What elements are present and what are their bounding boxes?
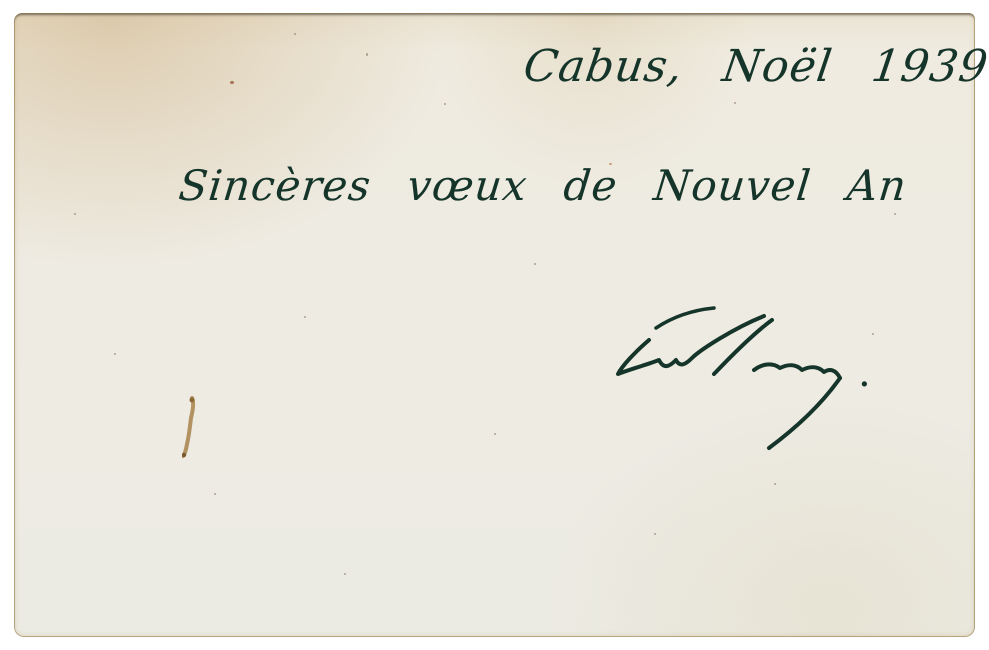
ink-stain [182, 396, 196, 458]
paper-speckle [74, 213, 76, 215]
signature-flourish-icon [604, 298, 874, 458]
paper-speckle [444, 103, 446, 105]
paper-speckle [366, 53, 368, 56]
paper-speckle [294, 33, 296, 35]
greeting-word: de [561, 161, 620, 210]
paper-speckle [304, 316, 306, 318]
greeting-word: vœux [405, 161, 530, 210]
paper-speckle [114, 353, 116, 355]
place-date-line: Cabus,Noël1939 [520, 41, 989, 92]
year: 1939 [868, 41, 989, 92]
paper-speckle [734, 102, 736, 104]
paper-speckle [230, 81, 234, 84]
greeting-word: An [845, 161, 910, 210]
paper-speckle [774, 483, 776, 485]
paper-speckle [494, 433, 496, 435]
place-name: Cabus, [520, 41, 686, 92]
occasion: Noël [719, 41, 835, 92]
greeting-word: Sincères [176, 161, 373, 210]
greeting-line: Sincères vœux de Nouvel An [176, 161, 909, 210]
paper-speckle [654, 533, 656, 535]
paper-speckle [214, 493, 216, 495]
greeting-word: Nouvel [651, 161, 813, 210]
paper-speckle [344, 573, 346, 575]
paper-speckle [534, 263, 536, 265]
signature-period: . [858, 350, 871, 396]
signature: . [604, 298, 874, 458]
postcard: Cabus,Noël1939 Sincères vœux de Nouvel A… [14, 13, 975, 637]
paper-speckle [894, 213, 896, 215]
